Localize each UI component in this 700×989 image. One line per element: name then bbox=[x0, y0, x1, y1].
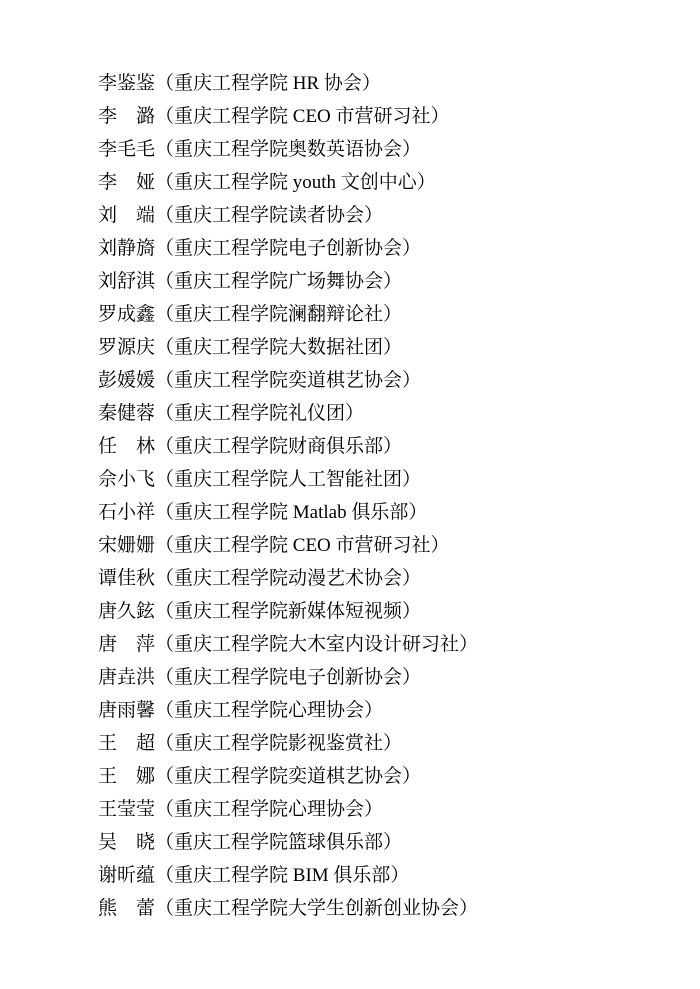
roster-line: 李鉴鉴（重庆工程学院 HR 协会） bbox=[98, 67, 700, 100]
member-name: 佘小飞 bbox=[98, 469, 155, 490]
member-name: 唐久鉉 bbox=[98, 601, 155, 622]
roster-line: 罗成鑫（重庆工程学院澜翻辩论社） bbox=[98, 298, 700, 331]
roster-line: 石小祥（重庆工程学院 Matlab 俱乐部） bbox=[98, 496, 700, 529]
member-affiliation: （重庆工程学院 Matlab 俱乐部） bbox=[155, 502, 427, 523]
member-affiliation: （重庆工程学院电子创新协会） bbox=[155, 238, 421, 259]
member-affiliation: （重庆工程学院动漫艺术协会） bbox=[155, 568, 421, 589]
roster-line: 宋姗姗（重庆工程学院 CEO 市营研习社） bbox=[98, 529, 700, 562]
member-affiliation: （重庆工程学院人工智能社团） bbox=[155, 469, 421, 490]
roster-line: 彭媛媛（重庆工程学院奕道棋艺协会） bbox=[98, 364, 700, 397]
member-affiliation: （重庆工程学院心理协会） bbox=[155, 799, 383, 820]
member-name: 唐雨馨 bbox=[98, 700, 155, 721]
roster-line: 刘 端（重庆工程学院读者协会） bbox=[98, 199, 700, 232]
member-name: 石小祥 bbox=[98, 502, 155, 523]
member-name: 秦健蓉 bbox=[98, 403, 155, 424]
member-affiliation: （重庆工程学院澜翻辩论社） bbox=[155, 304, 402, 325]
member-affiliation: （重庆工程学院新媒体短视频） bbox=[155, 601, 421, 622]
member-name: 唐 萍 bbox=[98, 634, 155, 655]
member-affiliation: （重庆工程学院奥数英语协会） bbox=[155, 139, 421, 160]
roster-line: 谭佳秋（重庆工程学院动漫艺术协会） bbox=[98, 562, 700, 595]
member-affiliation: （重庆工程学院财商俱乐部） bbox=[155, 436, 402, 457]
roster-line: 王 娜（重庆工程学院奕道棋艺协会） bbox=[98, 760, 700, 793]
member-affiliation: （重庆工程学院大数据社团） bbox=[155, 337, 402, 358]
member-affiliation: （重庆工程学院 BIM 俱乐部） bbox=[155, 865, 409, 886]
member-name: 罗源庆 bbox=[98, 337, 155, 358]
roster-line: 李 潞（重庆工程学院 CEO 市营研习社） bbox=[98, 100, 700, 133]
member-name: 王莹莹 bbox=[98, 799, 155, 820]
roster-line: 佘小飞（重庆工程学院人工智能社团） bbox=[98, 463, 700, 496]
member-affiliation: （重庆工程学院奕道棋艺协会） bbox=[155, 370, 421, 391]
member-name: 李 娅 bbox=[98, 172, 155, 193]
member-name: 谭佳秋 bbox=[98, 568, 155, 589]
member-name: 王 娜 bbox=[98, 766, 155, 787]
roster-line: 李 娅（重庆工程学院 youth 文创中心） bbox=[98, 166, 700, 199]
member-name: 李毛毛 bbox=[98, 139, 155, 160]
member-name: 刘 端 bbox=[98, 205, 155, 226]
roster-line: 王 超（重庆工程学院影视鉴赏社） bbox=[98, 727, 700, 760]
member-name: 宋姗姗 bbox=[98, 535, 155, 556]
member-name: 刘静旖 bbox=[98, 238, 155, 259]
member-name: 唐垚洪 bbox=[98, 667, 155, 688]
member-name: 吴 晓 bbox=[98, 832, 155, 853]
member-list: 李鉴鉴（重庆工程学院 HR 协会）李 潞（重庆工程学院 CEO 市营研习社）李毛… bbox=[98, 67, 700, 925]
member-affiliation: （重庆工程学院影视鉴赏社） bbox=[155, 733, 402, 754]
roster-line: 李毛毛（重庆工程学院奥数英语协会） bbox=[98, 133, 700, 166]
roster-line: 唐久鉉（重庆工程学院新媒体短视频） bbox=[98, 595, 700, 628]
member-affiliation: （重庆工程学院大木室内设计研习社） bbox=[155, 634, 478, 655]
member-name: 彭媛媛 bbox=[98, 370, 155, 391]
member-name: 熊 蕾 bbox=[98, 898, 155, 919]
member-affiliation: （重庆工程学院篮球俱乐部） bbox=[155, 832, 402, 853]
roster-line: 王莹莹（重庆工程学院心理协会） bbox=[98, 793, 700, 826]
member-affiliation: （重庆工程学院 CEO 市营研习社） bbox=[155, 106, 450, 127]
member-affiliation: （重庆工程学院奕道棋艺协会） bbox=[155, 766, 421, 787]
member-affiliation: （重庆工程学院 CEO 市营研习社） bbox=[155, 535, 450, 556]
roster-line: 秦健蓉（重庆工程学院礼仪团） bbox=[98, 397, 700, 430]
member-affiliation: （重庆工程学院电子创新协会） bbox=[155, 667, 421, 688]
member-affiliation: （重庆工程学院心理协会） bbox=[155, 700, 383, 721]
roster-line: 吴 晓（重庆工程学院篮球俱乐部） bbox=[98, 826, 700, 859]
roster-line: 谢昕蕴（重庆工程学院 BIM 俱乐部） bbox=[98, 859, 700, 892]
member-affiliation: （重庆工程学院 youth 文创中心） bbox=[155, 172, 436, 193]
member-name: 王 超 bbox=[98, 733, 155, 754]
roster-line: 唐 萍（重庆工程学院大木室内设计研习社） bbox=[98, 628, 700, 661]
roster-line: 熊 蕾（重庆工程学院大学生创新创业协会） bbox=[98, 892, 700, 925]
member-name: 任 林 bbox=[98, 436, 155, 457]
roster-line: 任 林（重庆工程学院财商俱乐部） bbox=[98, 430, 700, 463]
member-affiliation: （重庆工程学院礼仪团） bbox=[155, 403, 364, 424]
document-page: 李鉴鉴（重庆工程学院 HR 协会）李 潞（重庆工程学院 CEO 市营研习社）李毛… bbox=[0, 0, 700, 989]
roster-line: 罗源庆（重庆工程学院大数据社团） bbox=[98, 331, 700, 364]
roster-line: 刘静旖（重庆工程学院电子创新协会） bbox=[98, 232, 700, 265]
member-name: 刘舒淇 bbox=[98, 271, 155, 292]
member-name: 罗成鑫 bbox=[98, 304, 155, 325]
member-name: 谢昕蕴 bbox=[98, 865, 155, 886]
member-affiliation: （重庆工程学院 HR 协会） bbox=[155, 73, 381, 94]
member-affiliation: （重庆工程学院读者协会） bbox=[155, 205, 383, 226]
member-affiliation: （重庆工程学院广场舞协会） bbox=[155, 271, 402, 292]
member-name: 李鉴鉴 bbox=[98, 73, 155, 94]
roster-line: 刘舒淇（重庆工程学院广场舞协会） bbox=[98, 265, 700, 298]
roster-line: 唐垚洪（重庆工程学院电子创新协会） bbox=[98, 661, 700, 694]
member-affiliation: （重庆工程学院大学生创新创业协会） bbox=[155, 898, 478, 919]
roster-line: 唐雨馨（重庆工程学院心理协会） bbox=[98, 694, 700, 727]
member-name: 李 潞 bbox=[98, 106, 155, 127]
